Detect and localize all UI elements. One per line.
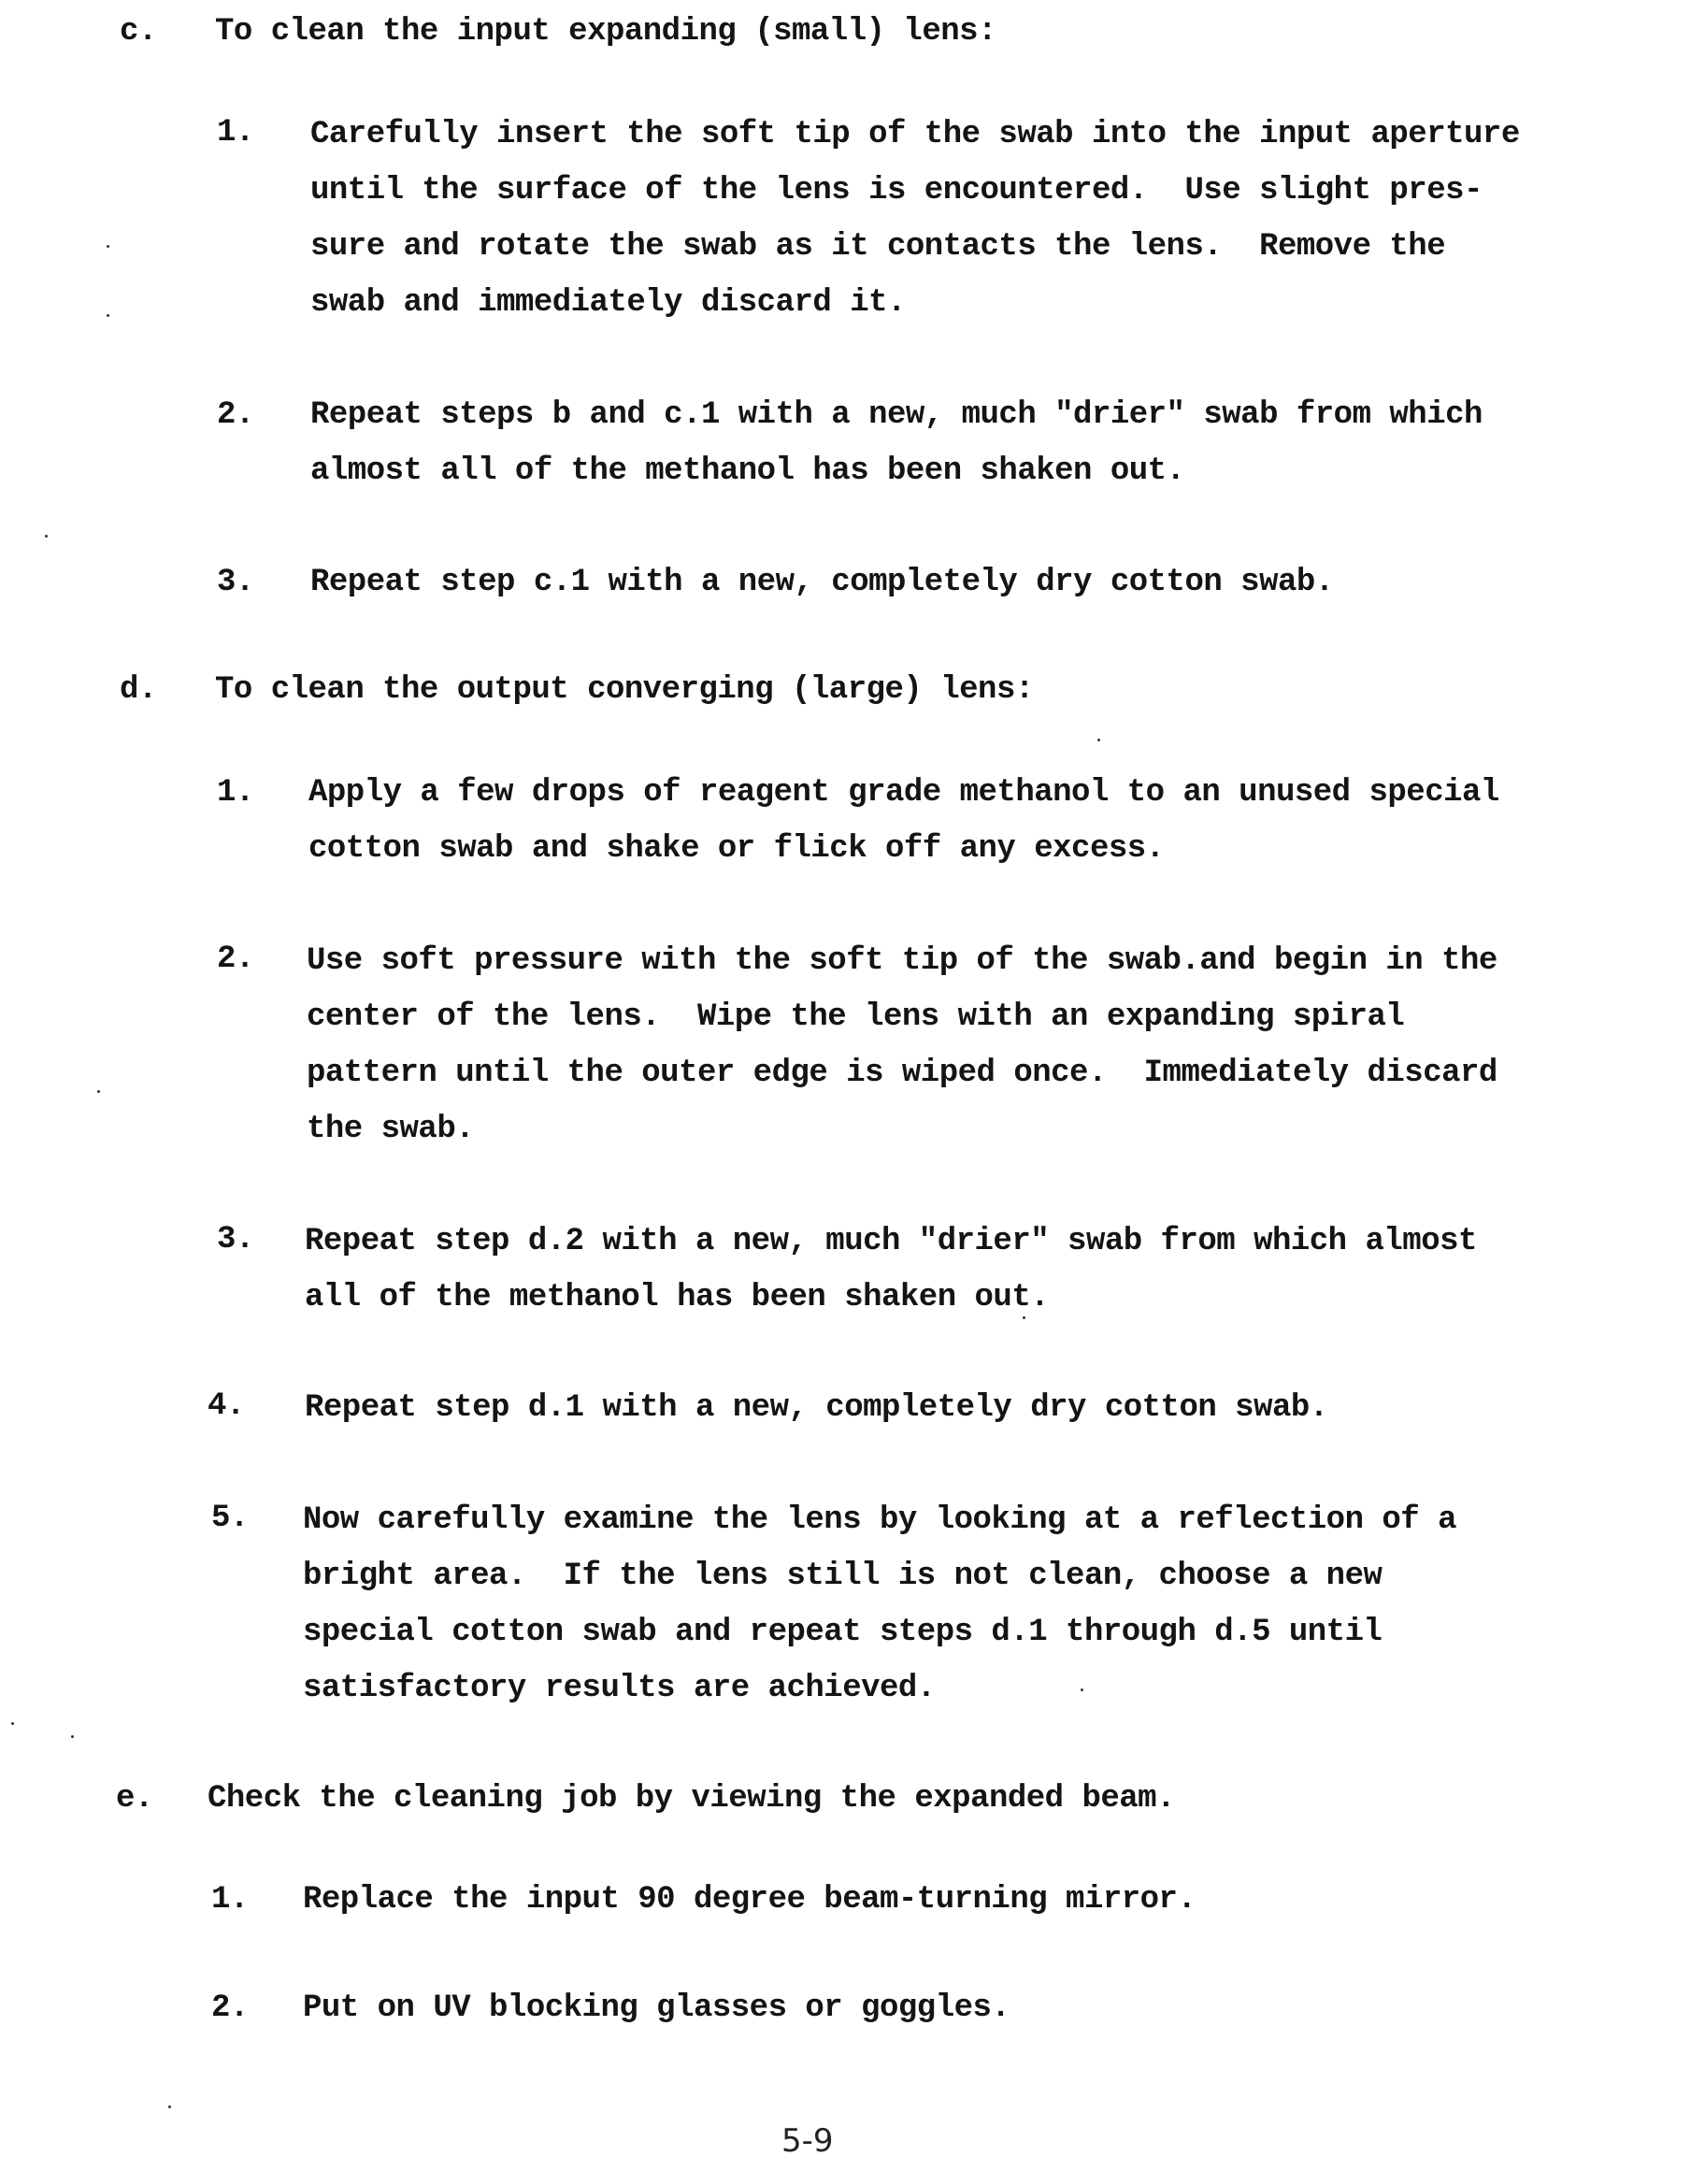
item-e1-line: Replace the input 90 degree beam-turning… bbox=[303, 1881, 1196, 1918]
scan-speck bbox=[11, 1722, 14, 1725]
item-c1-line: sure and rotate the swab as it contacts … bbox=[310, 228, 1445, 266]
item-d3-line: all of the methanol has been shaken out. bbox=[305, 1279, 1049, 1316]
item-d2-line: the swab. bbox=[307, 1111, 474, 1148]
page-number: 5-9 bbox=[781, 2122, 834, 2160]
section-e-heading: Check the cleaning job by viewing the ex… bbox=[208, 1780, 1175, 1818]
item-c1-line: Carefully insert the soft tip of the swa… bbox=[310, 116, 1520, 153]
item-c1-line: until the surface of the lens is encount… bbox=[310, 172, 1483, 209]
item-e2-number: 2. bbox=[211, 1990, 249, 2027]
item-c2-line: Repeat steps b and c.1 with a new, much … bbox=[310, 396, 1483, 434]
item-d2-line: center of the lens. Wipe the lens with a… bbox=[307, 999, 1404, 1036]
item-d2-line: Use soft pressure with the soft tip of t… bbox=[307, 942, 1497, 980]
item-d5-number: 5. bbox=[211, 1500, 249, 1537]
item-c1-line: swab and immediately discard it. bbox=[310, 284, 906, 322]
item-c3-line: Repeat step c.1 with a new, completely d… bbox=[310, 564, 1334, 601]
scan-speck bbox=[45, 535, 48, 538]
section-c-heading: To clean the input expanding (small) len… bbox=[215, 13, 996, 50]
item-c2-line: almost all of the methanol has been shak… bbox=[310, 453, 1184, 490]
item-c3-number: 3. bbox=[217, 564, 254, 601]
scan-speck bbox=[107, 245, 109, 248]
item-d4-number: 4. bbox=[208, 1387, 245, 1425]
item-d2-line: pattern until the outer edge is wiped on… bbox=[307, 1055, 1497, 1092]
item-d5-line: bright area. If the lens still is not cl… bbox=[303, 1558, 1382, 1595]
document-page: c. To clean the input expanding (small) … bbox=[0, 0, 1705, 2184]
item-d2-number: 2. bbox=[217, 941, 254, 978]
item-c1-number: 1. bbox=[217, 114, 254, 151]
scan-speck bbox=[71, 1735, 74, 1738]
item-d3-number: 3. bbox=[217, 1221, 254, 1258]
item-d3-line: Repeat step d.2 with a new, much "drier"… bbox=[305, 1223, 1477, 1260]
item-e1-number: 1. bbox=[211, 1881, 249, 1918]
section-e-label: e. bbox=[116, 1780, 153, 1818]
item-d1-number: 1. bbox=[217, 774, 254, 812]
scan-speck bbox=[1081, 1688, 1083, 1691]
item-e2-line: Put on UV blocking glasses or goggles. bbox=[303, 1990, 1010, 2027]
scan-speck bbox=[168, 2105, 171, 2108]
section-c-label: c. bbox=[120, 13, 157, 50]
scan-speck bbox=[107, 314, 109, 317]
scan-speck bbox=[97, 1090, 100, 1093]
item-c2-number: 2. bbox=[217, 396, 254, 434]
section-d-label: d. bbox=[120, 671, 157, 709]
item-d4-line: Repeat step d.1 with a new, completely d… bbox=[305, 1389, 1328, 1427]
item-d5-line: Now carefully examine the lens by lookin… bbox=[303, 1501, 1456, 1539]
item-d5-line: satisfactory results are achieved. bbox=[303, 1670, 936, 1707]
scan-speck bbox=[1097, 739, 1100, 741]
scan-speck bbox=[1023, 1316, 1025, 1319]
item-d1-line: Apply a few drops of reagent grade metha… bbox=[308, 774, 1499, 812]
item-d5-line: special cotton swab and repeat steps d.1… bbox=[303, 1614, 1382, 1651]
item-d1-line: cotton swab and shake or flick off any e… bbox=[308, 830, 1165, 868]
section-d-heading: To clean the output converging (large) l… bbox=[215, 671, 1034, 709]
